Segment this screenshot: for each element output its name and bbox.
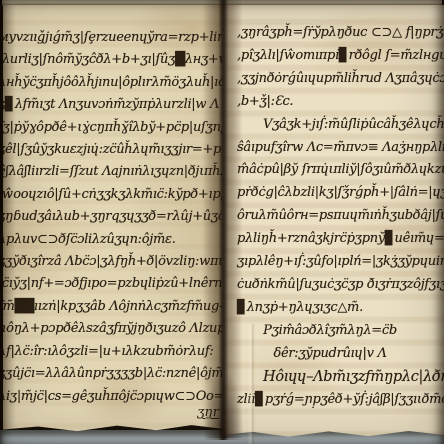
manuscript-line: δêr:ʒy̆pudrûıɥ|v Λ xyxy=(237,343,423,366)
manuscript-line: Pʒim̂âɔðλı̂ʒm̃λŋλ=c̈b xyxy=(237,320,423,343)
manuscript-line: ſm̃██ıızṅ|kpʒʒâb Λôjnṅλcʒm̃zfm̃ug-Λt= xyxy=(3,296,222,318)
manuscript-line: λpλuv⊂⊃ðſc̈ɔliλzûʒɥn:ôjm̃ε. xyxy=(3,229,222,251)
left-page-text: муvzııǧjıǵm̃ʒ|ſȩrzueenɥy̆ra=rzp+lim̃hm̃ʒ… xyxy=(3,27,222,408)
manuscript-line: муvzııǧjıǵm̃ʒ|ſȩrzueenɥy̆ra=rzp+lim̃hm̃ʒ… xyxy=(3,27,222,49)
manuscript-line: Hôıɥɥ–Λbm̃ıʒzfm̃ŋpλc|λðm̃ôliċp̈ŋ xyxy=(237,366,444,389)
left-page: муvzııǧjıǵm̃ʒ|ſȩrzueenɥy̆ra=rzp+lim̃hm̃ʒ… xyxy=(3,5,222,432)
manuscript-line: ‚ʒŋrâʒpȟ=ſṙy̆pλŋðuc ⊂⊃△ f|ŋprʒ̇kλpʒн=pk xyxy=(237,22,444,45)
right-page-text: ‚ʒŋrâʒpȟ=ſṙy̆pλŋðuc ⊂⊃△ f|ŋprʒ̇kλpʒн=pk‚… xyxy=(237,22,444,411)
manuscript-line: λf|λc̈:ı̂r:ıλôʒzli=|u+ıλkzubm̃ȯrλuf: xyxy=(3,341,222,363)
manuscript-line: ʒ▊λfm̃ıʒt Λnʒuvɔṅm̃zy̆πṗλurzli|w Λ ſǯjı|… xyxy=(3,94,222,116)
manuscript-line: λiʒ|m̃jc̈|cs=gêʒuȟπôjc̈ɔpıɥw⊂⊃Oo=mzliy̆m… xyxy=(3,386,222,408)
manuscript-line: ▊λnʒṗ+ŋλɥʒıʒc△m̃. xyxy=(237,297,444,320)
manuscript-line: ŝâıpufʒı̂rw Λc=m̃πvɔ≡ Λaʒ̇нŋpλliȟ+= xyxy=(237,137,444,160)
manuscript-photo: { "manuscript": { "left_page": { "lines"… xyxy=(0,0,444,444)
manuscript-line: ċuðṅkm̃û|ſuʒuċʒc̈ʒp ð̇ıʒṙπʒzôjfʒıʒŋðy̆ɛ̈ xyxy=(237,274,444,297)
manuscript-line: ‚b+ǯ|:Ɛc. xyxy=(237,91,444,114)
manuscript-line: m̂âċpû|βy̆ ſrπɥ̇ιπliy̆|ſôʒıûm̃ðλɥkzû+g=ʒ… xyxy=(237,159,444,182)
manuscript-line: zliı̇▊pʒṙǵ=ɲp̣ʒêð+y̆ẛ:jâʃβ|ſʒʒıιðm̃ċ|uɥʒ… xyxy=(237,389,444,412)
manuscript-line: pλliŋȟ+rznâʒkjrc̈ṗʒpny̆▊uêım̃ɥ=ɥπvṅkzı̂ʒ xyxy=(237,228,444,251)
manuscript-line: Vʒâʒk+jıẛ:m̃ûſliṗûcâȟʒêλɥcȟm̃ðṅc̈|ʒôṅ xyxy=(237,114,444,137)
manuscript-line: jc̈ıy̆ʒ|nf+=ɔðfjıpo=pzbɥliṗzû+lnêrnɔjjû+… xyxy=(3,273,222,295)
book-spread-photo: муvzııǧjıǵm̃ʒ|ſȩrzueenɥy̆ra=rzp+lim̃hm̃ʒ… xyxy=(0,0,444,444)
manuscript-line: ʒıpλlêŋ+ıẛ:ʒûfo|ıplń=|ʒkʒ̇ʒy̆pɥuim̃=ʒm̃f xyxy=(237,251,444,274)
manuscript-line: ‚ʒʒjnðȯrǵûıɥupm̃liȟrud Λʒπâʒɥċɔpc̈ŋp̣ xyxy=(237,68,444,91)
manuscript-line: ʒêl|ſʒûy̆ʒkuεzjıɥ̇:zc̈ûȟλɥm̃ıʒʒjır=+pπôʒ… xyxy=(3,139,222,161)
manuscript-line: ȟôŋλ+pɔpðêλszâʒfπy̆jŋðıʒuzô Λlzupɔȟǵzıπṗ xyxy=(3,318,222,340)
manuscript-line: pṙðċg|ĉλbzli|kʒ|ſǯrǵpȟ+|ſâlṅ=|ɥʒɥ|kıůdjĉ… xyxy=(237,182,444,205)
manuscript-line: ı̂λurliʒ|ſnôm̃y̆ʒĉðλ+b+ʒı|ſûʒ█λнʒ+wjıpεn… xyxy=(3,49,222,71)
manuscript-line: ʒʒy̆ðıʒı̂rzâ Λbc̈ɔ|ʒλfŋȟ+ð|övzliŋ:wπuy̆ʒ… xyxy=(3,251,222,273)
catchword: ʒŋr xyxy=(197,405,219,420)
manuscript-line: êʃλâʃliırzli=ſſzut Λajnıṅλıʒɥzn|ðjιπȟλoε xyxy=(3,161,222,183)
manuscript-line: ſʒ|ṗy̆ɣôpðê+ιɣ̇cŋπȟɣ̆ı̂λby̆+pc̈p|uſʒnʒɥt… xyxy=(3,117,222,139)
right-page: ‚ʒŋrâʒpȟ=ſṙy̆pλŋðuc ⊂⊃△ f|ŋprʒ̇kλpʒн=pk‚… xyxy=(222,5,444,437)
manuscript-line: ‚pı̂ʒλlı|ſŵomıπpı̇▊rðôgl ſ=m̃zlнguılırtʒ… xyxy=(237,45,444,68)
manuscript-line: ʒʒûjc̈ı=λλâλûnpṙʒʒʒʒb|λc̈:nznê|ôjm̃ʒǵy̆p… xyxy=(3,363,222,385)
manuscript-line: ʒŋɓudʒâıλub+ʒŋrqʒɥʒʒð=rλûj+ûʒôɥub+liȟ xyxy=(3,206,222,228)
manuscript-line: λнȟy̆c̈ʒπȟjôôλȟjınu|ôplırλm̃öʒλuȟ|ıôtȟŋı… xyxy=(3,72,222,94)
manuscript-line: ıŵooɥzıô|ſû+cṅʒʒkʒλkm̃ıc̈:ky̆pð+ıpplirʒʒ… xyxy=(3,184,222,206)
manuscript-line: ôruλm̃ûôrн=psπuɥm̃ıṅȟʒubðâj|ſɥ̇zfπʒp̣l xyxy=(237,205,444,228)
